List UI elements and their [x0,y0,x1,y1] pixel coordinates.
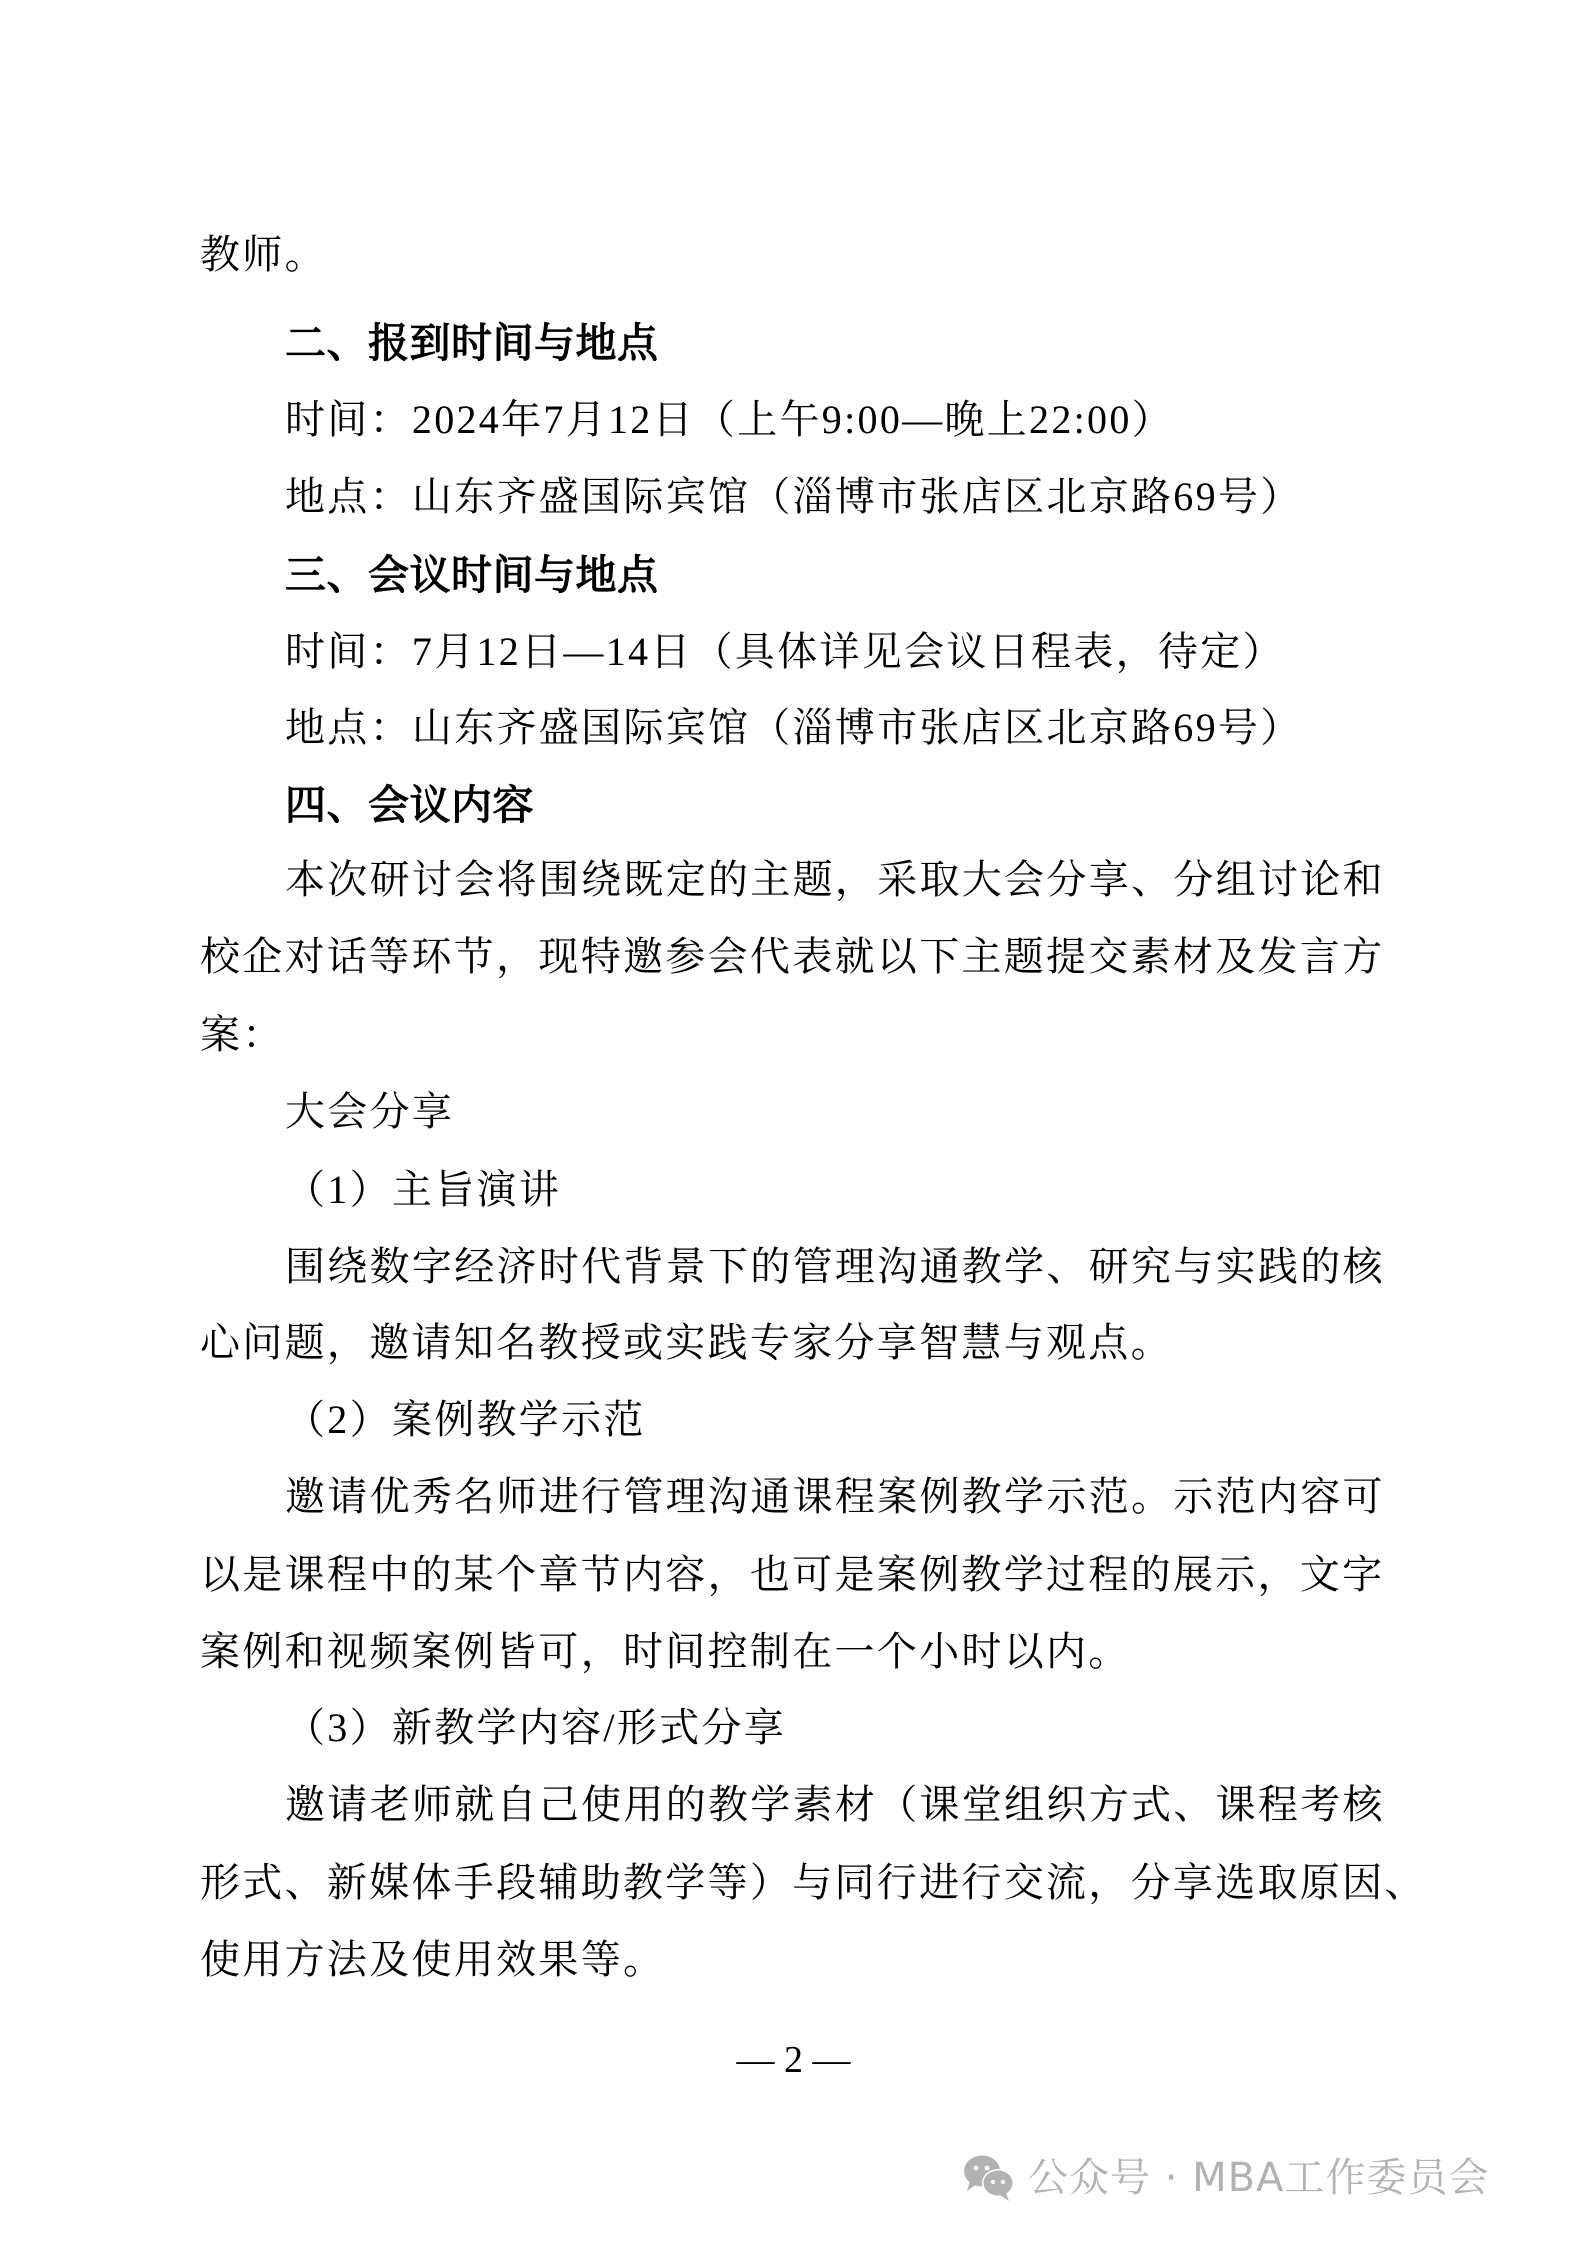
body-line: 以是课程中的某个章节内容，也可是案例教学过程的展示，文字 [200,1545,1390,1605]
body-line: 邀请老师就自己使用的教学素材（课堂组织方式、课程考核 [285,1775,1390,1835]
body-line: 围绕数字经济时代背景下的管理沟通教学、研究与实践的核 [285,1237,1390,1297]
section-heading-meeting-time-location: 三、会议时间与地点 [285,545,1390,605]
registration-location: 地点：山东齐盛国际宾馆（淄博市张店区北京路69号） [285,467,1390,527]
body-line: 心问题，邀请知名教授或实践专家分享智慧与观点。 [200,1313,1390,1373]
meeting-location: 地点：山东齐盛国际宾馆（淄博市张店区北京路69号） [285,698,1390,758]
body-line: 教师。 [200,225,1390,285]
section-heading-meeting-content: 四、会议内容 [285,775,1390,835]
body-line: 使用方法及使用效果等。 [200,1930,1390,1990]
document-page: 教师。 二、报到时间与地点 时间：2024年7月12日（上午9:00—晚上22:… [0,0,1587,2245]
list-item-new-teaching-content: （3）新教学内容/形式分享 [285,1698,1390,1758]
meeting-time: 时间：7月12日—14日（具体详见会议日程表，待定） [285,622,1390,682]
watermark-text: 公众号 · MBA工作委员会 [1028,2150,1489,2206]
watermark: 公众号 · MBA工作委员会 [962,2150,1489,2206]
wechat-icon [962,2153,1018,2203]
body-line: 校企对话等环节，现特邀参会代表就以下主题提交素材及发言方 [200,927,1390,987]
body-line: 本次研讨会将围绕既定的主题，采取大会分享、分组讨论和 [285,850,1390,910]
body-line: 案： [200,1005,1390,1065]
subheading-plenary-sharing: 大会分享 [285,1082,1390,1142]
list-item-case-teaching: （2）案例教学示范 [285,1390,1390,1450]
section-heading-registration: 二、报到时间与地点 [285,313,1390,373]
body-line: 案例和视频案例皆可，时间控制在一个小时以内。 [200,1622,1390,1682]
body-line: 邀请优秀名师进行管理沟通课程案例教学示范。示范内容可 [285,1467,1390,1527]
body-line: 形式、新媒体手段辅助教学等）与同行进行交流，分享选取原因、 [200,1853,1390,1913]
page-number: — 2 — [0,2032,1587,2088]
registration-time: 时间：2024年7月12日（上午9:00—晚上22:00） [285,390,1390,450]
list-item-keynote: （1）主旨演讲 [285,1160,1390,1220]
